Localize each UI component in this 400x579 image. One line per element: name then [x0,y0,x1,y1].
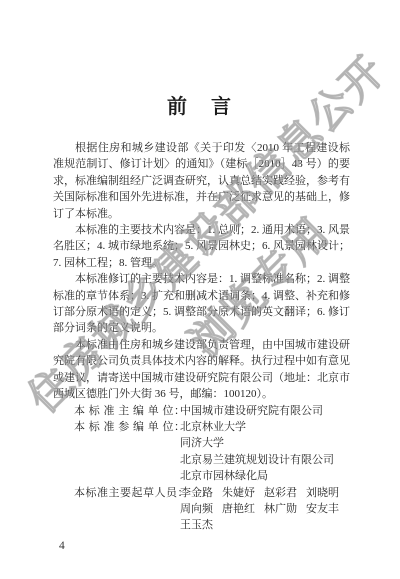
participant-row: 北京易兰建筑规划设计有限公司 [74,452,350,468]
page-title: 前 言 [0,0,400,119]
drafter-name: 李金路 [180,485,213,501]
drafter-name: 周向频 [180,501,213,517]
chief-editor-label: 本 标 准 主 编 单 位： [74,403,180,419]
participant-row: 北京市园林绿化局 [74,468,350,484]
participant-value: 北京易兰建筑规划设计有限公司 [180,452,334,468]
drafters-label: 本标准主要起草人员： [74,485,180,501]
document-page: 住房城乡建设部信息公开 浏览专用 前 言 根据住房和城乡建设部《关于印发〈201… [0,0,400,579]
drafter-name: 林广勋 [264,501,297,517]
chief-editor-value: 中国城市建设研究院有限公司 [180,403,323,419]
drafters-row: 王玉杰 [74,517,350,533]
paragraph-main-contents: 本标准的主要技术内容是：1. 总则；2. 通用术语；3. 风景名胜区；4. 城市… [53,222,350,271]
drafter-name: 王玉杰 [180,517,213,533]
participant-row: 同济大学 [74,435,350,451]
drafter-name: 安友丰 [306,501,339,517]
participants-label: 本 标 准 参 编 单 位： [74,419,180,435]
paragraph-administration: 本标准由住房和城乡建设部负责管理，由中国城市建设研究院有限公司负责具体技术内容的… [53,337,350,403]
units-block: 本 标 准 主 编 单 位： 中国城市建设研究院有限公司 本 标 准 参 编 单… [74,403,350,534]
participant-value: 北京林业大学 [180,419,246,435]
preface-body: 根据住房和城乡建设部《关于印发〈2010 年工程建设标准规范制订、修订计划〉的通… [53,140,350,534]
drafter-name: 刘晓明 [306,485,339,501]
paragraph-basis: 根据住房和城乡建设部《关于印发〈2010 年工程建设标准规范制订、修订计划〉的通… [53,140,350,222]
chief-editor-row: 本 标 准 主 编 单 位： 中国城市建设研究院有限公司 [74,403,350,419]
drafter-name: 朱婕妤 [222,485,255,501]
drafter-name: 赵彩君 [264,485,297,501]
drafters-row: 周向频 唐艳红 林广勋 安友丰 [74,501,350,517]
page-number: 4 [59,540,65,552]
participant-value: 同济大学 [180,435,224,451]
drafters-row: 本标准主要起草人员： 李金路 朱婕妤 赵彩君 刘晓明 [74,485,350,501]
participant-value: 北京市园林绿化局 [180,468,268,484]
paragraph-revision-contents: 本标准修订的主要技术内容是：1. 调整标准名称；2. 调整标准的章节体系；3. … [53,271,350,337]
drafter-name: 唐艳红 [222,501,255,517]
participant-row: 本 标 准 参 编 单 位： 北京林业大学 [74,419,350,435]
